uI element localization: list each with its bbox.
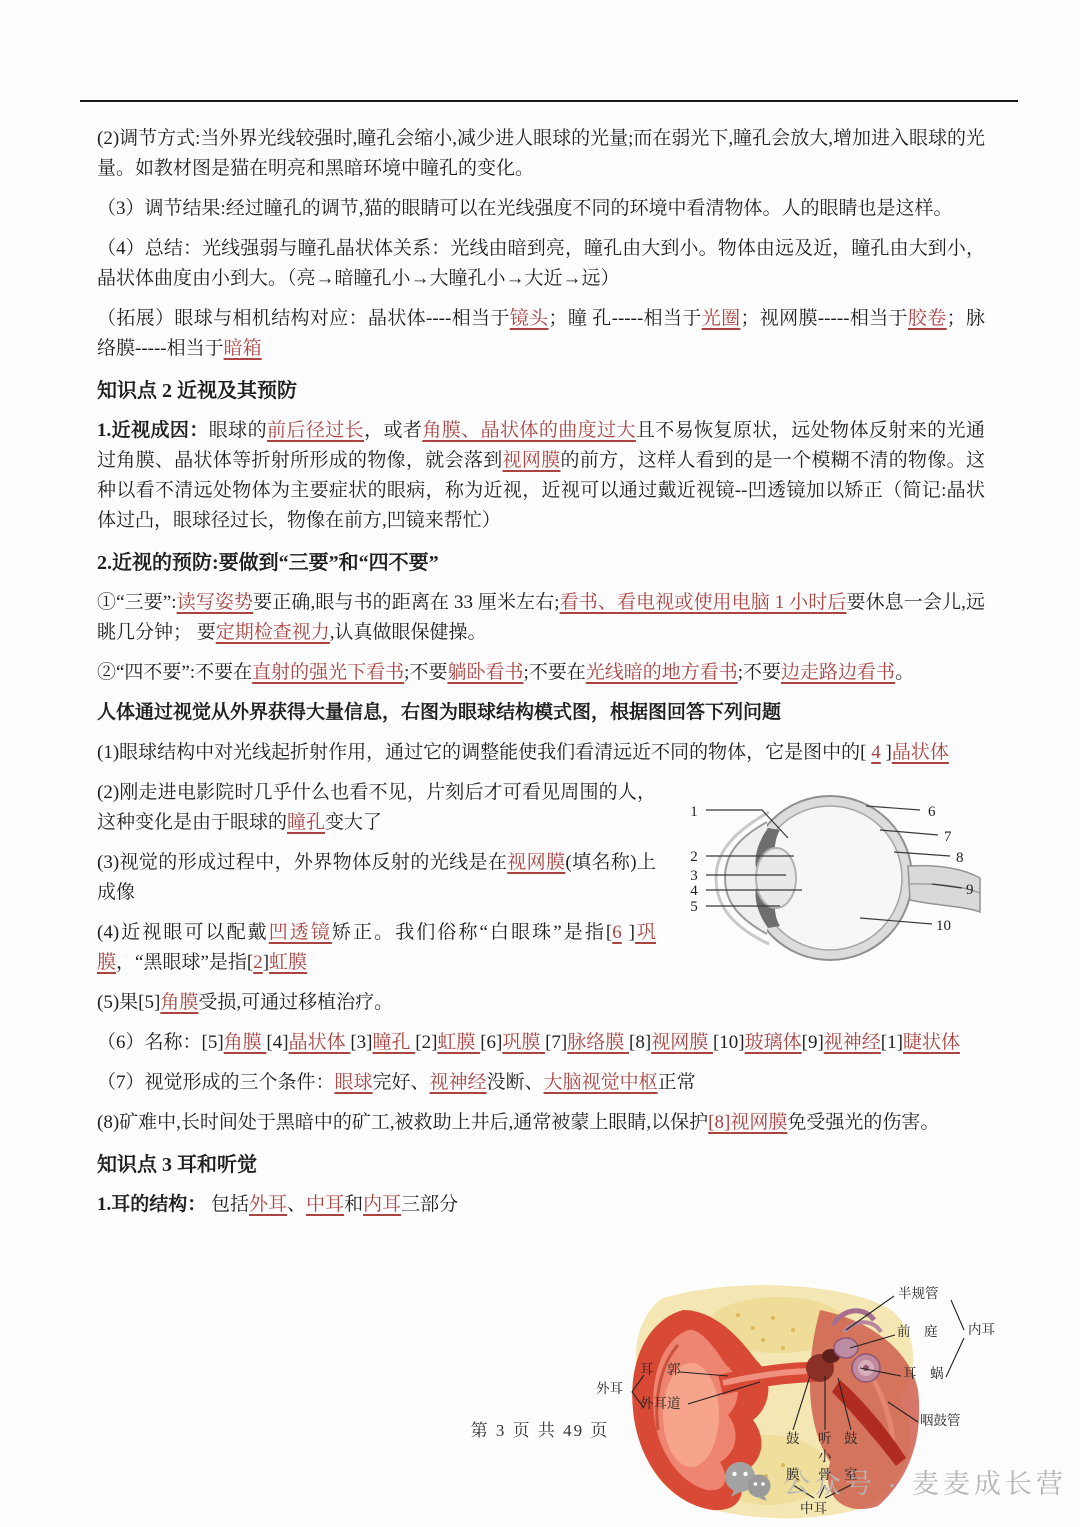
key-term: 睫状体 [903,1032,960,1053]
text-segment: 包括 [206,1194,249,1215]
text-segment: [9] [802,1032,824,1053]
section-heading: 知识点 3 耳和听觉 [97,1150,985,1180]
eye-label-7: 7 [944,829,952,845]
text-segment: (8)矿难中,长时间处于黑暗中的矿工,被救助上井后,通常被蒙上眼睛,以保护 [97,1112,708,1133]
text-segment: [4] [266,1032,288,1053]
text-segment: [7] [545,1032,567,1053]
key-term: 光圈 [702,308,741,329]
eye-label-5: 5 [690,899,698,915]
text-segment: 1.近视成因： [97,420,209,441]
paragraph: (2)调节方式:当外界光线较强时,瞳孔会缩小,减少进人眼球的光量;而在弱光下,瞳… [97,124,985,184]
text-segment: 知识点 3 耳和听觉 [97,1154,257,1176]
eye-structure-figure: 1 2 3 4 5 6 7 8 9 10 [670,780,985,978]
ear-label-inner-ear: 内耳 [968,1322,995,1337]
paragraph: （4）总结：光线强弱与瞳孔晶状体关系：光线由暗到亮，瞳孔由大到小。物体由远及近，… [97,234,985,294]
key-term: 看书、看电视或使用电脑 1 小时后 [560,592,847,613]
key-term: 视网膜 [730,1112,787,1133]
key-term: 视神经 [824,1032,881,1053]
text-segment: 1.耳的结构： [97,1194,206,1215]
text-segment: ②“四不要”:不要在 [97,662,252,683]
key-term: 光线暗的地方看书 [586,662,738,683]
header-rule [80,100,1018,102]
text-segment: 和 [344,1194,363,1215]
key-term: 视网膜 [503,450,561,471]
text-segment: ，或者 [364,420,422,441]
text-segment: ;不要在 [523,662,585,683]
label-char: 膜 [786,1468,800,1482]
document-page: { "page": { "footer": "第 3 页 共 49 页", "w… [0,0,1080,1527]
text-segment: 完好、 [373,1072,430,1093]
text-segment: （6）名称：[5] [97,1032,224,1053]
key-term: 内耳 [363,1194,401,1215]
key-term: 6 [612,922,622,943]
key-term: 躺卧看书 [447,662,523,683]
text-segment: 三部分 [401,1194,458,1215]
key-term: 眼球 [335,1072,373,1093]
text-segment: [2] [415,1032,437,1053]
ear-label-middle-ear: 中耳 [800,1501,827,1516]
paragraph: (1)眼球结构中对光线起折射作用，通过它的调整能使我们看清远近不同的物体，它是图… [97,738,985,768]
text-segment: [1] [881,1032,903,1053]
text-segment: ，“黑眼球”是指[ [116,952,253,973]
text-segment: (5)果[5] [97,992,160,1013]
ear-label-pinna: 耳 郭 [640,1362,681,1377]
text-segment: 人体通过视觉从外界获得大量信息，右图为眼球结构模式图，根据图回答下列问题 [97,702,781,723]
ear-label-eustachian-tube: 咽鼓管 [920,1413,961,1428]
key-term: 镜头 [510,308,549,329]
ear-label-outer-ear: 外耳 [596,1381,623,1396]
paragraph: 人体通过视觉从外界获得大量信息，右图为眼球结构模式图，根据图回答下列问题 [97,698,985,728]
ear-label-eardrum: 鼓膜 [786,1432,800,1482]
eye-label-2: 2 [690,849,698,865]
eye-diagram-svg: 1 2 3 4 5 6 7 8 9 10 [670,780,985,978]
key-term: 胶卷 [908,308,947,329]
text-segment: 受损,可通过移植治疗。 [198,992,393,1013]
text-segment: ;不要 [404,662,447,683]
ear-label-ossicles: 听小骨 [818,1432,832,1482]
text-segment: ,认真做眼保健操。 [330,622,487,643]
label-char: 鼓 [844,1432,858,1446]
text-segment: [8] [629,1032,651,1053]
paragraph: ①“三要”:读写姿势要正确,眼与书的距离在 33 厘米左右;看书、看电视或使用电… [97,588,985,648]
section-heading: 2.近视的预防:要做到“三要”和“四不要” [97,548,985,578]
key-term: 虹膜 [437,1032,480,1053]
text-segment: （4）总结：光线强弱与瞳孔晶状体关系：光线由暗到亮，瞳孔由大到小。物体由远及近，… [97,238,985,289]
eye-lens [756,848,796,908]
text-segment: [3] [350,1032,372,1053]
text-segment: ①“三要”: [97,592,177,613]
ear-label-tympanic-cavity: 鼓室 [844,1432,858,1482]
text-segment: 免受强光的伤害。 [787,1112,939,1133]
paragraph: 1.近视成因：眼球的前后径过长，或者角膜、晶状体的曲度过大且不易恢复原状，远处物… [97,416,985,536]
key-term: 瞳孔 [373,1032,416,1053]
label-char: 骨 [818,1468,832,1482]
key-term: 虹膜 [269,952,307,973]
paragraph: (5)果[5]角膜受损,可通过移植治疗。 [97,988,985,1018]
key-term: 瞳孔 [287,812,325,833]
text-segment: 、 [287,1194,306,1215]
ear-label-ear-canal: 外耳道 [640,1396,681,1411]
key-term: 大脑视觉中枢 [544,1072,658,1093]
key-term: 视网膜 [507,852,565,873]
text-segment: （3）调节结果:经过瞳孔的调节,猫的眼睛可以在光线强度不同的环境中看清物体。人的… [97,198,953,219]
section-heading: 知识点 2 近视及其预防 [97,376,985,406]
text-segment: 知识点 2 近视及其预防 [97,380,297,402]
text-segment: (3)视觉的形成过程中，外界物体反射的光线是在 [97,852,507,873]
key-term: 脉络膜 [567,1032,629,1053]
text-segment: (2)调节方式:当外界光线较强时,瞳孔会缩小,减少进人眼球的光量;而在弱光下,瞳… [97,128,985,179]
key-term: 暗箱 [224,338,262,359]
text-segment: 正常 [658,1072,696,1093]
ear-label-cochlea: 耳 蜗 [903,1366,944,1381]
label-char: 鼓 [786,1432,800,1446]
eye-label-10: 10 [936,918,951,934]
key-term: 角膜 [224,1032,267,1053]
key-term: 中耳 [306,1194,344,1215]
paragraph: (8)矿难中,长时间处于黑暗中的矿工,被救助上井后,通常被蒙上眼睛,以保护[8]… [97,1108,985,1138]
paragraph: ②“四不要”:不要在直射的强光下看书;不要躺卧看书;不要在光线暗的地方看书;不要… [97,658,985,688]
ear-vestibule-shape [834,1338,858,1358]
watermark: 公众号 · 麦麦成长营 [720,1460,1067,1502]
text-segment: [10] [713,1032,745,1053]
text-segment: ；视网膜-----相当于 [740,308,907,329]
document-body: (2)调节方式:当外界光线较强时,瞳孔会缩小,减少进人眼球的光量;而在弱光下,瞳… [97,124,985,1230]
text-segment: [6] [480,1032,502,1053]
eye-label-3: 3 [690,868,698,884]
text-segment: 矫正。我们俗称“白眼珠”是指[ [332,922,612,943]
text-segment: ;不要 [738,662,781,683]
label-char: 小 [818,1450,832,1464]
key-term: 2 [253,952,263,973]
key-term: 视网膜 [651,1032,713,1053]
wechat-icon [720,1460,774,1502]
key-term: 4 [871,742,881,763]
key-term: 角膜 [160,992,198,1013]
eye-label-4: 4 [690,883,698,899]
key-term: 边走路边看书 [781,662,895,683]
eye-label-6: 6 [928,804,936,820]
key-term: 前后径过长 [267,420,364,441]
text-segment: 没断、 [487,1072,544,1093]
text-segment: 变大了 [325,812,382,833]
key-term: 定期检查视力 [216,622,330,643]
paragraph: （3）调节结果:经过瞳孔的调节,猫的眼睛可以在光线强度不同的环境中看清物体。人的… [97,194,985,224]
ear-pinna-highlight [663,1363,719,1467]
eye-label-9: 9 [966,882,974,898]
paragraph: （拓展）眼球与相机结构对应：晶状体----相当于镜头；瞳 孔-----相当于光圈… [97,304,985,364]
text-segment: 眼球的 [209,420,267,441]
text-segment: (1)眼球结构中对光线起折射作用，通过它的调整能使我们看清远近不同的物体，它是图… [97,742,871,763]
key-term: 直射的强光下看书 [252,662,404,683]
ear-label-vestibule: 前 庭 [897,1324,938,1339]
eye-label-8: 8 [956,850,964,866]
key-term: 巩膜 [502,1032,545,1053]
key-term: [8] [708,1112,730,1133]
text-segment: 。 [895,662,914,683]
text-segment: ] [622,922,635,943]
key-term: 凹透镜 [269,922,332,943]
text-segment: （7）视觉形成的三个条件： [97,1072,335,1093]
key-term: 玻璃体 [745,1032,802,1053]
eye-label-1: 1 [690,804,698,820]
key-term: 外耳 [249,1194,287,1215]
ear-label-semicircular-canal: 半规管 [898,1286,939,1301]
key-term: 晶状体 [289,1032,351,1053]
text-segment: ；瞳 孔-----相当于 [548,308,701,329]
paragraph: （7）视觉形成的三个条件：眼球完好、视神经没断、大脑视觉中枢正常 [97,1068,985,1098]
key-term: 读写姿势 [177,592,254,613]
text-segment: （拓展）眼球与相机结构对应：晶状体----相当于 [97,308,510,329]
key-term: 角膜、晶状体的曲度过大 [422,420,636,441]
label-char: 听 [818,1432,832,1446]
paragraph: （6）名称：[5]角膜 [4]晶状体 [3]瞳孔 [2]虹膜 [6]巩膜 [7]… [97,1028,985,1058]
text-segment: (4)近视眼可以配戴 [97,922,269,943]
text-segment: ] [881,742,892,763]
key-term: 晶状体 [892,742,949,763]
text-segment: 2.近视的预防:要做到“三要”和“四不要” [97,552,439,574]
text-segment: 要正确,眼与书的距离在 33 厘米左右; [253,592,559,613]
label-char: 室 [844,1468,858,1482]
paragraph: 1.耳的结构： 包括外耳、中耳和内耳三部分 [97,1190,985,1220]
key-term: 视神经 [430,1072,487,1093]
